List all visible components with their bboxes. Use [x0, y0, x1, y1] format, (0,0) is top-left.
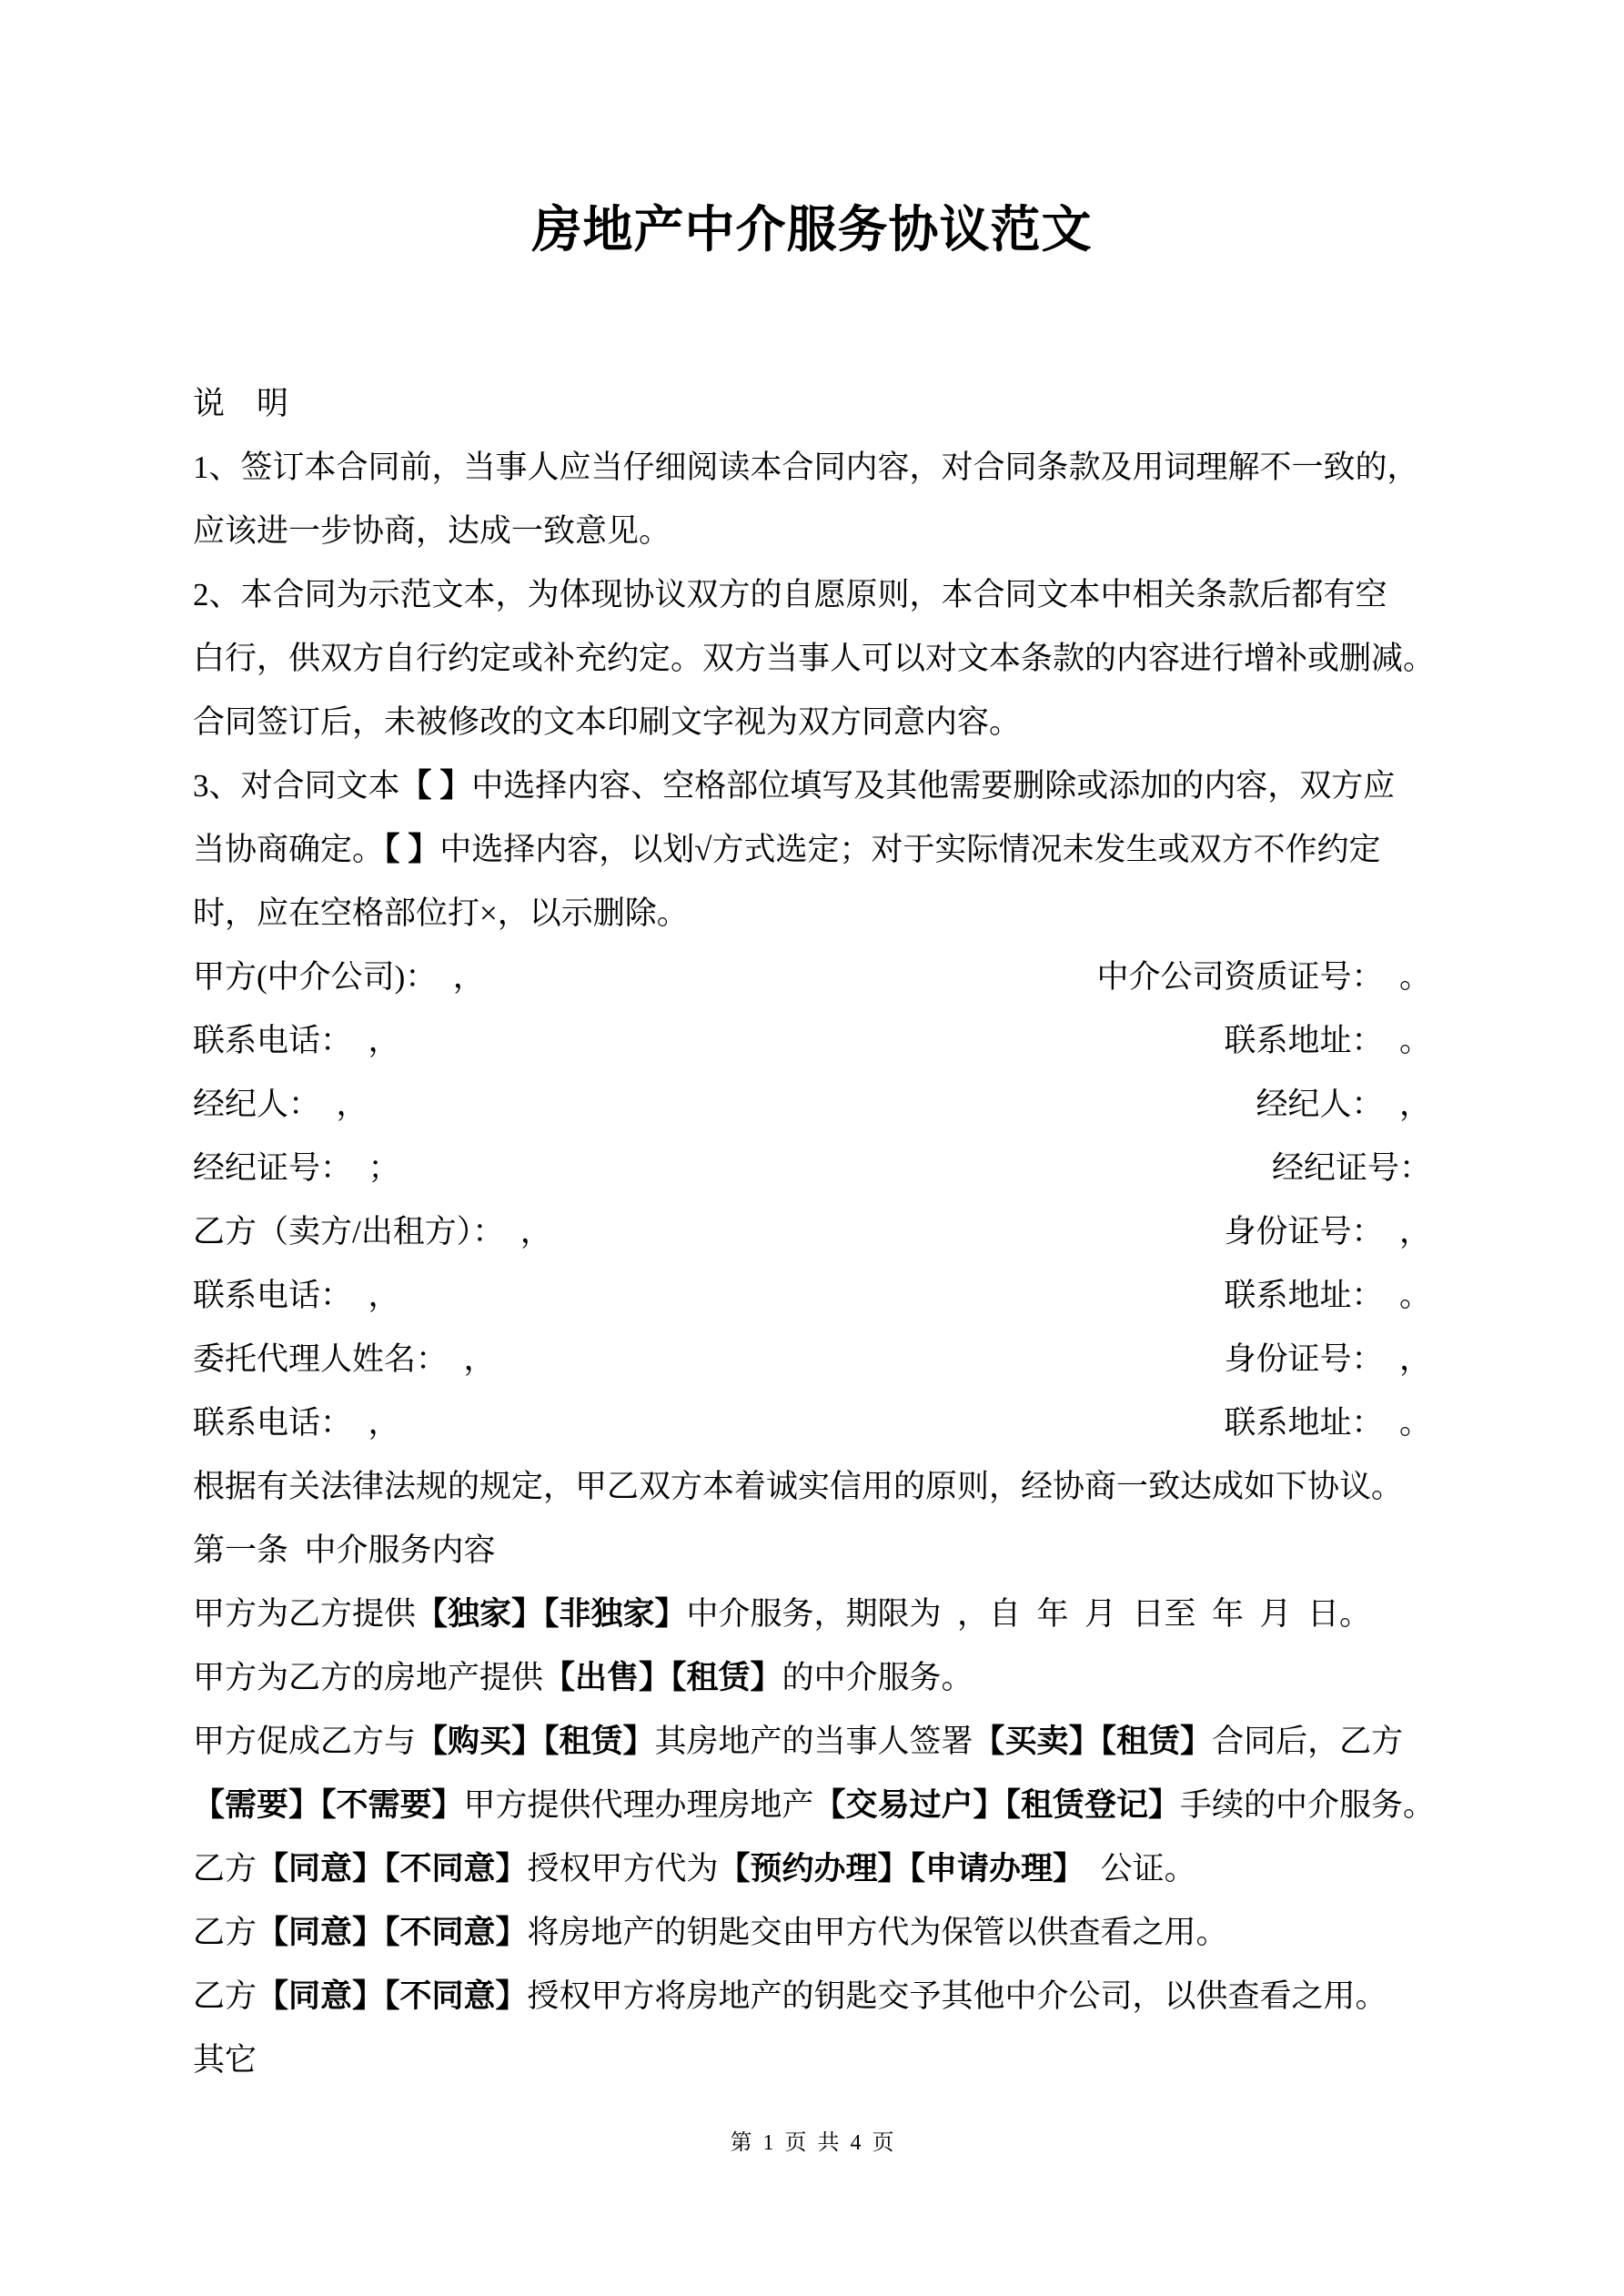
text-line: 甲方为乙方的房地产提供【出售】【租赁】的中介服务。	[193, 1646, 1431, 1710]
document-body: 说 明1、签订本合同前，当事人应当仔细阅读本合同内容，对合同条款及用词理解不一致…	[193, 372, 1431, 2092]
body-text: 甲方(中介公司)： ，	[193, 959, 485, 995]
body-text: 联系电话： ，	[193, 1023, 400, 1058]
field-label-right: 联系地址： 。	[1224, 1391, 1431, 1455]
text-line: 乙方【同意】【不同意】授权甲方将房地产的钥匙交予其他中介公司，以供查看之用。	[193, 1965, 1431, 2028]
field-label-left: 联系电话： ，	[193, 1009, 400, 1073]
text-line: 应该进一步协商，达成一致意见。	[193, 500, 1431, 563]
body-text: 将房地产的钥匙交由甲方代为保管以供查看之用。	[528, 1915, 1228, 1950]
bracket-option-text: 【独家】【非独家】	[416, 1596, 687, 1632]
body-text: 经纪人： ，	[1256, 1087, 1431, 1122]
field-label-left: 委托代理人姓名： ，	[193, 1328, 496, 1391]
field-label-left: 联系电话： ，	[193, 1391, 400, 1455]
body-text: 1、签订本合同前，当事人应当仔细阅读本合同内容，对合同条款及用词理解不一致的，	[193, 450, 1419, 485]
bracket-option-text: 【 】	[384, 832, 439, 867]
bracket-option-text: 【出售】【租赁】	[543, 1660, 782, 1695]
body-text: 说 明	[193, 386, 288, 421]
field-label-right: 身份证号： ，	[1224, 1200, 1431, 1264]
bracket-option-text: 【预约办理】【申请办理】	[719, 1851, 1069, 1886]
text-line: 1、签订本合同前，当事人应当仔细阅读本合同内容，对合同条款及用词理解不一致的，	[193, 436, 1431, 500]
text-line: 【需要】【不需要】甲方提供代理办理房地产【交易过户】【租赁登记】手续的中介服务。	[193, 1774, 1431, 1837]
body-text: 联系地址： 。	[1224, 1278, 1431, 1313]
text-line: 第一条 中介服务内容	[193, 1519, 1431, 1583]
field-label-right: 身份证号： ，	[1224, 1328, 1431, 1391]
form-field-row: 经纪人： ，经纪人： ，	[193, 1073, 1431, 1137]
body-text: 身份证号： ，	[1224, 1214, 1431, 1249]
form-field-row: 联系电话： ，联系地址： 。	[193, 1009, 1431, 1073]
body-text: 公证。	[1069, 1851, 1196, 1886]
body-text: 应该进一步协商，达成一致意见。	[193, 513, 671, 549]
text-line: 说 明	[193, 372, 1431, 436]
body-text: 其它	[193, 2042, 257, 2078]
text-line: 甲方为乙方提供【独家】【非独家】中介服务，期限为 ，自 年 月 日至 年 月 日…	[193, 1583, 1431, 1646]
body-text: 根据有关法律法规的规定，甲乙双方本着诚实信用的原则，经协商一致达成如下协议。	[193, 1469, 1403, 1504]
form-field-row: 委托代理人姓名： ，身份证号： ，	[193, 1328, 1431, 1391]
form-field-row: 联系电话： ，联系地址： 。	[193, 1264, 1431, 1328]
bracket-option-text: 【需要】【不需要】	[193, 1787, 464, 1823]
text-line: 根据有关法律法规的规定，甲乙双方本着诚实信用的原则，经协商一致达成如下协议。	[193, 1455, 1431, 1519]
page-number-footer: 第 1 页 共 4 页	[0, 2128, 1624, 2159]
body-text: 中选择内容、空格部位填写及其他需要删除或添加的内容，双方应	[471, 768, 1395, 804]
body-text: 身份证号： ，	[1224, 1341, 1431, 1377]
body-text: 联系电话： ，	[193, 1405, 400, 1441]
body-text: 手续的中介服务。	[1180, 1787, 1435, 1823]
document-page: 房地产中介服务协议范文 说 明1、签订本合同前，当事人应当仔细阅读本合同内容，对…	[0, 0, 1624, 2296]
bracket-option-text: 【 】	[400, 768, 472, 804]
body-text: 联系地址： 。	[1224, 1023, 1431, 1058]
text-line: 乙方【同意】【不同意】将房地产的钥匙交由甲方代为保管以供查看之用。	[193, 1901, 1431, 1965]
body-text: 第一条 中介服务内容	[193, 1532, 496, 1568]
form-field-row: 联系电话： ，联系地址： 。	[193, 1391, 1431, 1455]
text-line: 当协商确定。【 】中选择内容，以划√方式选定；对于实际情况未发生或双方不作约定	[193, 818, 1431, 882]
text-line: 2、本合同为示范文本，为体现协议双方的自愿原则，本合同文本中相关条款后都有空	[193, 563, 1431, 627]
field-label-left: 经纪证号： ；	[193, 1137, 400, 1200]
field-label-right: 联系地址： 。	[1224, 1009, 1431, 1073]
body-text: 甲方为乙方提供	[193, 1596, 416, 1632]
field-label-left: 乙方（卖方/出租方）： ，	[193, 1200, 552, 1264]
form-field-row: 乙方（卖方/出租方）： ，身份证号： ，	[193, 1200, 1431, 1264]
body-text: 时，应在空格部位打×，以示删除。	[193, 895, 689, 931]
field-label-left: 联系电话： ，	[193, 1264, 400, 1328]
body-text: 中介公司资质证号： 。	[1096, 959, 1431, 995]
body-text: 合同后，乙方	[1212, 1724, 1403, 1759]
field-label-right: 经纪证号：	[1272, 1137, 1431, 1200]
body-text: 委托代理人姓名： ，	[193, 1341, 496, 1377]
body-text: 中选择内容，以划√方式选定；对于实际情况未发生或双方不作约定	[439, 832, 1380, 867]
text-line: 乙方【同意】【不同意】授权甲方代为【预约办理】【申请办理】 公证。	[193, 1837, 1431, 1901]
text-line: 白行，供双方自行约定或补充约定。双方当事人可以对文本条款的内容进行增补或删减。	[193, 627, 1431, 691]
field-label-right: 联系地址： 。	[1224, 1264, 1431, 1328]
bracket-option-text: 【购买】【租赁】	[416, 1724, 655, 1759]
field-label-left: 经纪人： ，	[193, 1073, 368, 1137]
text-line: 甲方促成乙方与【购买】【租赁】其房地产的当事人签署【买卖】【租赁】合同后，乙方	[193, 1710, 1431, 1774]
body-text: 乙方	[193, 1915, 257, 1950]
body-text: 联系地址： 。	[1224, 1405, 1431, 1441]
text-line: 3、对合同文本【 】中选择内容、空格部位填写及其他需要删除或添加的内容，双方应	[193, 754, 1431, 818]
bracket-option-text: 【同意】【不同意】	[257, 1915, 528, 1950]
field-label-right: 经纪人： ，	[1256, 1073, 1431, 1137]
body-text: 乙方	[193, 1978, 257, 2014]
field-label-left: 甲方(中介公司)： ，	[193, 946, 485, 1009]
bracket-option-text: 【买卖】【租赁】	[973, 1724, 1213, 1759]
body-text: 甲方提供代理办理房地产	[464, 1787, 814, 1823]
bracket-option-text: 【交易过户】【租赁登记】	[814, 1787, 1181, 1823]
body-text: 甲方为乙方的房地产提供	[193, 1660, 543, 1695]
bracket-option-text: 【同意】【不同意】	[257, 1851, 528, 1886]
body-text: 当协商确定。	[193, 832, 384, 867]
body-text: 甲方促成乙方与	[193, 1724, 416, 1759]
body-text: 中介服务，期限为 ，自 年 月 日至 年 月 日。	[687, 1596, 1372, 1632]
body-text: 乙方	[193, 1851, 257, 1886]
body-text: 3、对合同文本	[193, 768, 400, 804]
text-line: 时，应在空格部位打×，以示删除。	[193, 882, 1431, 946]
body-text: 经纪人： ，	[193, 1087, 368, 1122]
text-line: 其它	[193, 2028, 1431, 2092]
bracket-option-text: 【同意】【不同意】	[257, 1978, 528, 2014]
body-text: 乙方（卖方/出租方）： ，	[193, 1214, 552, 1249]
body-text: 2、本合同为示范文本，为体现协议双方的自愿原则，本合同文本中相关条款后都有空	[193, 577, 1387, 612]
body-text: 经纪证号：	[1272, 1150, 1431, 1186]
body-text: 白行，供双方自行约定或补充约定。双方当事人可以对文本条款的内容进行增补或删减。	[193, 641, 1435, 676]
form-field-row: 经纪证号： ；经纪证号：	[193, 1137, 1431, 1200]
document-title: 房地产中介服务协议范文	[0, 0, 1624, 267]
body-text: 授权甲方代为	[528, 1851, 719, 1886]
body-text: 联系电话： ，	[193, 1278, 400, 1313]
text-line: 合同签订后，未被修改的文本印刷文字视为双方同意内容。	[193, 691, 1431, 754]
body-text: 授权甲方将房地产的钥匙交予其他中介公司，以供查看之用。	[528, 1978, 1387, 2014]
field-label-right: 中介公司资质证号： 。	[1096, 946, 1431, 1009]
body-text: 的中介服务。	[782, 1660, 973, 1695]
form-field-row: 甲方(中介公司)： ，中介公司资质证号： 。	[193, 946, 1431, 1009]
body-text: 经纪证号： ；	[193, 1150, 400, 1186]
body-text: 合同签订后，未被修改的文本印刷文字视为双方同意内容。	[193, 704, 1021, 740]
body-text: 其房地产的当事人签署	[655, 1724, 973, 1759]
